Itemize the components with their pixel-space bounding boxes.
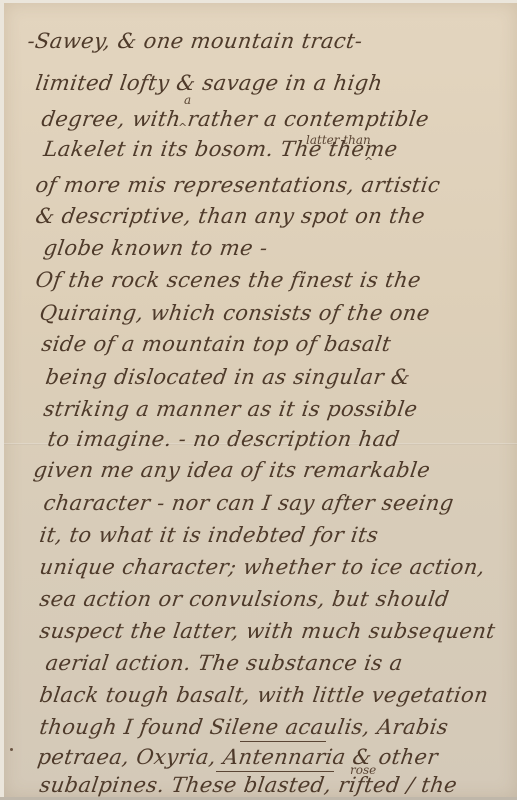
manuscript-line-13: to imagine. - no description had xyxy=(46,427,401,451)
manuscript-line-3: degree, with rather a contemptible xyxy=(40,107,431,131)
manuscript-page: -Sawey, & one mountain tract- limited lo… xyxy=(4,3,517,798)
manuscript-line-23: petraea, Oxyria, Antennaria & other xyxy=(36,745,440,769)
manuscript-line-6: & descriptive, than any spot on the xyxy=(34,204,427,228)
manuscript-line-18: sea action or convulsions, but should xyxy=(38,587,451,611)
manuscript-line-9: Quiraing, which consists of the one xyxy=(38,301,431,325)
manuscript-line-15: character - nor can I say after seeing xyxy=(42,491,455,515)
manuscript-line-22: though I found Silene acaulis, Arabis xyxy=(38,715,450,739)
manuscript-line-14: given me any idea of its remarkable xyxy=(32,458,432,482)
manuscript-line-10: side of a mountain top of basalt xyxy=(40,332,393,356)
underline-silene-acaulis xyxy=(240,741,326,742)
margin-mark xyxy=(10,748,13,751)
underline-antennaria xyxy=(216,771,334,772)
manuscript-line-12: striking a manner as it is possible xyxy=(42,397,419,421)
manuscript-line-16: it, to what it is indebted for its xyxy=(38,523,380,547)
insertion-a: a xyxy=(184,93,191,107)
manuscript-line-21: black tough basalt, with little vegetati… xyxy=(38,683,490,707)
manuscript-line-1: -Sawey, & one mountain tract- xyxy=(26,29,364,53)
manuscript-line-4: Lakelet in its bosom. The theme xyxy=(42,137,399,161)
manuscript-line-5: of more mis representations, artistic xyxy=(34,173,442,197)
manuscript-line-7: globe known to me - xyxy=(42,236,269,260)
manuscript-line-11: being dislocated in as singular & xyxy=(44,365,412,389)
manuscript-line-8: Of the rock scenes the finest is the xyxy=(34,268,423,292)
manuscript-line-20: aerial action. The substance is a xyxy=(44,651,404,675)
manuscript-line-17: unique character; whether to ice action, xyxy=(38,555,487,579)
manuscript-line-24: subalpines. These blasted, rifted / the xyxy=(38,773,459,797)
manuscript-line-19: suspect the latter, with much subsequent xyxy=(38,619,497,643)
manuscript-line-2: limited lofty & savage in a high xyxy=(34,71,384,95)
